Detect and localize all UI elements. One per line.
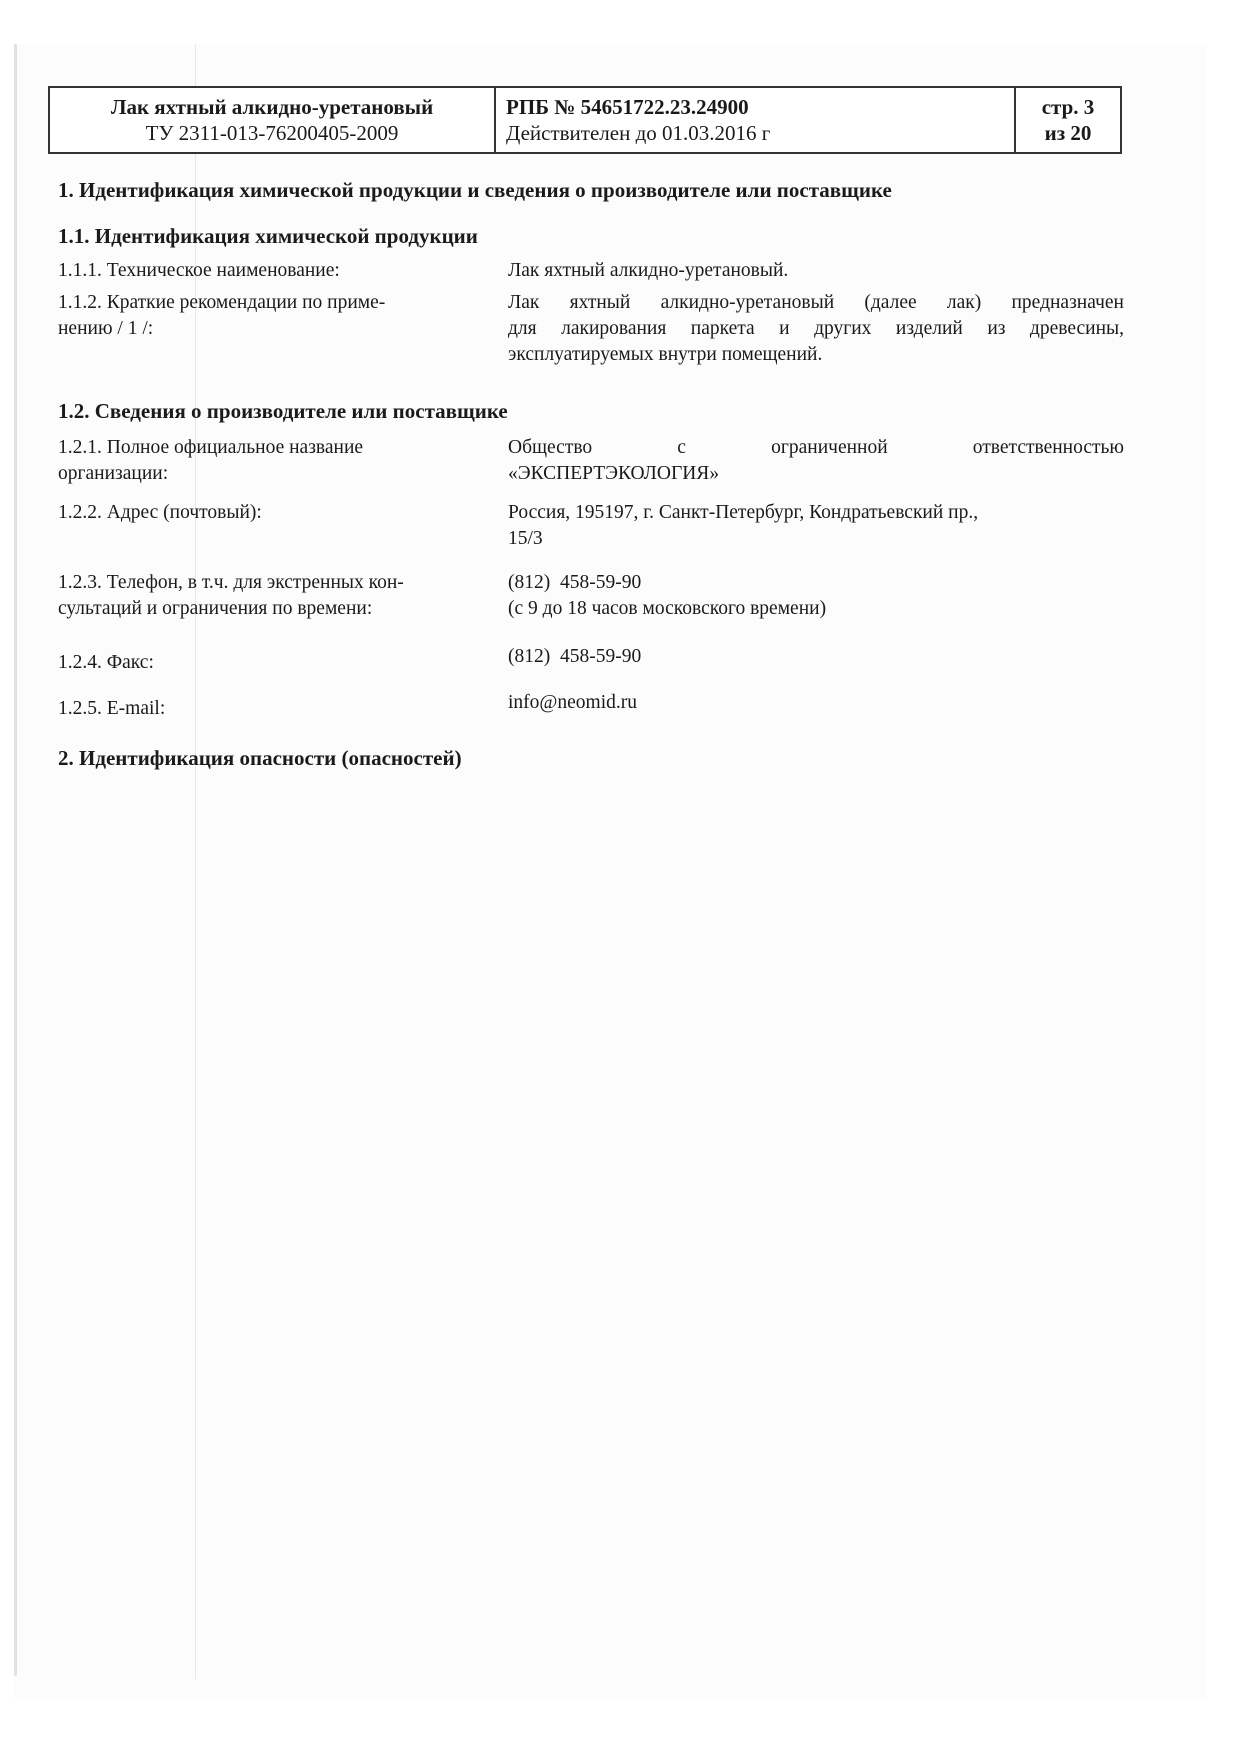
field-row: 1.2.3. Телефон, в т.ч. для экстренных ко… (58, 570, 1124, 622)
header-valid-until: Действителен до 01.03.2016 г (506, 120, 1014, 146)
field-row: 1.1.1. Техническое наименование: Лак яхт… (58, 258, 1124, 284)
scan-edge (14, 44, 17, 1676)
section-2-title: 2. Идентификация опасности (опасностей) (58, 746, 462, 771)
field-label: 1.2.2. Адрес (почтовый): (58, 500, 508, 552)
field-value-line: Общество с ограниченной ответственностью (508, 435, 1124, 461)
field-value: Лак яхтный алкидно-уретановый. (508, 258, 1124, 284)
field-value-line: 15/3 (508, 526, 1124, 552)
header-page-label: стр. 3 (1042, 94, 1095, 120)
field-value-line: «ЭКСПЕРТЭКОЛОГИЯ» (508, 461, 1124, 487)
field-label: 1.2.5. E-mail: (58, 690, 508, 722)
header-page-total: из 20 (1045, 120, 1092, 146)
field-value: Россия, 195197, г. Санкт-Петербург, Конд… (508, 500, 1124, 552)
header-product-cell: Лак яхтный алкидно-уретановый ТУ 2311-01… (50, 88, 496, 152)
header-registration: РПБ № 54651722.23.24900 (506, 94, 1014, 120)
field-label: 1.2.3. Телефон, в т.ч. для экстренных ко… (58, 570, 508, 622)
field-label-line: 1.2.3. Телефон, в т.ч. для экстренных ко… (58, 570, 508, 596)
field-value: Общество с ограниченной ответственностью… (508, 435, 1124, 487)
field-row: 1.2.4. Факс: (812) 458-59-90 (58, 644, 1124, 676)
field-value-line: для лакирования паркета и других изделий… (508, 316, 1124, 342)
section-1-2-title: 1.2. Сведения о производителе или постав… (58, 399, 508, 424)
header-product-name: Лак яхтный алкидно-уретановый (111, 94, 433, 120)
fax-value: (812) 458-59-90 (508, 644, 1124, 676)
field-row: 1.2.5. E-mail: info@neomid.ru (58, 690, 1124, 722)
field-value-line: Лак яхтный алкидно-уретановый (далее лак… (508, 290, 1124, 316)
email-value: info@neomid.ru (508, 690, 1124, 722)
section-1-1-title: 1.1. Идентификация химической продукции (58, 224, 478, 249)
field-value-line: Россия, 195197, г. Санкт-Петербург, Конд… (508, 500, 1124, 526)
field-label-line: 1.2.1. Полное официальное название (58, 435, 508, 461)
field-label: 1.2.4. Факс: (58, 644, 508, 676)
section-1-title: 1. Идентификация химической продукции и … (58, 178, 892, 203)
field-label-line: организации: (58, 461, 508, 487)
field-row: 1.2.1. Полное официальное название орган… (58, 435, 1124, 487)
field-value-line: эксплуатируемых внутри помещений. (508, 342, 1124, 368)
field-row: 1.1.2. Краткие рекомендации по приме- не… (58, 290, 1124, 368)
field-value: Лак яхтный алкидно-уретановый (далее лак… (508, 290, 1124, 368)
header-registration-cell: РПБ № 54651722.23.24900 Действителен до … (496, 88, 1016, 152)
field-label-line: сультаций и ограничения по времени: (58, 596, 508, 622)
header-spec: ТУ 2311-013-76200405-2009 (146, 120, 399, 146)
field-label-line: нению / 1 /: (58, 316, 508, 342)
field-row: 1.2.2. Адрес (почтовый): Россия, 195197,… (58, 500, 1124, 552)
document-header: Лак яхтный алкидно-уретановый ТУ 2311-01… (48, 86, 1122, 154)
field-label: 1.1.2. Краткие рекомендации по приме- не… (58, 290, 508, 368)
field-label: 1.1.1. Техническое наименование: (58, 258, 508, 284)
header-page-cell: стр. 3 из 20 (1016, 88, 1120, 152)
field-label: 1.2.1. Полное официальное название орган… (58, 435, 508, 487)
phone-value: (812) 458-59-90 (508, 570, 1124, 596)
field-value: (812) 458-59-90 (с 9 до 18 часов московс… (508, 570, 1124, 622)
phone-hours: (с 9 до 18 часов московского времени) (508, 596, 1124, 622)
field-label-line: 1.1.2. Краткие рекомендации по приме- (58, 290, 508, 316)
